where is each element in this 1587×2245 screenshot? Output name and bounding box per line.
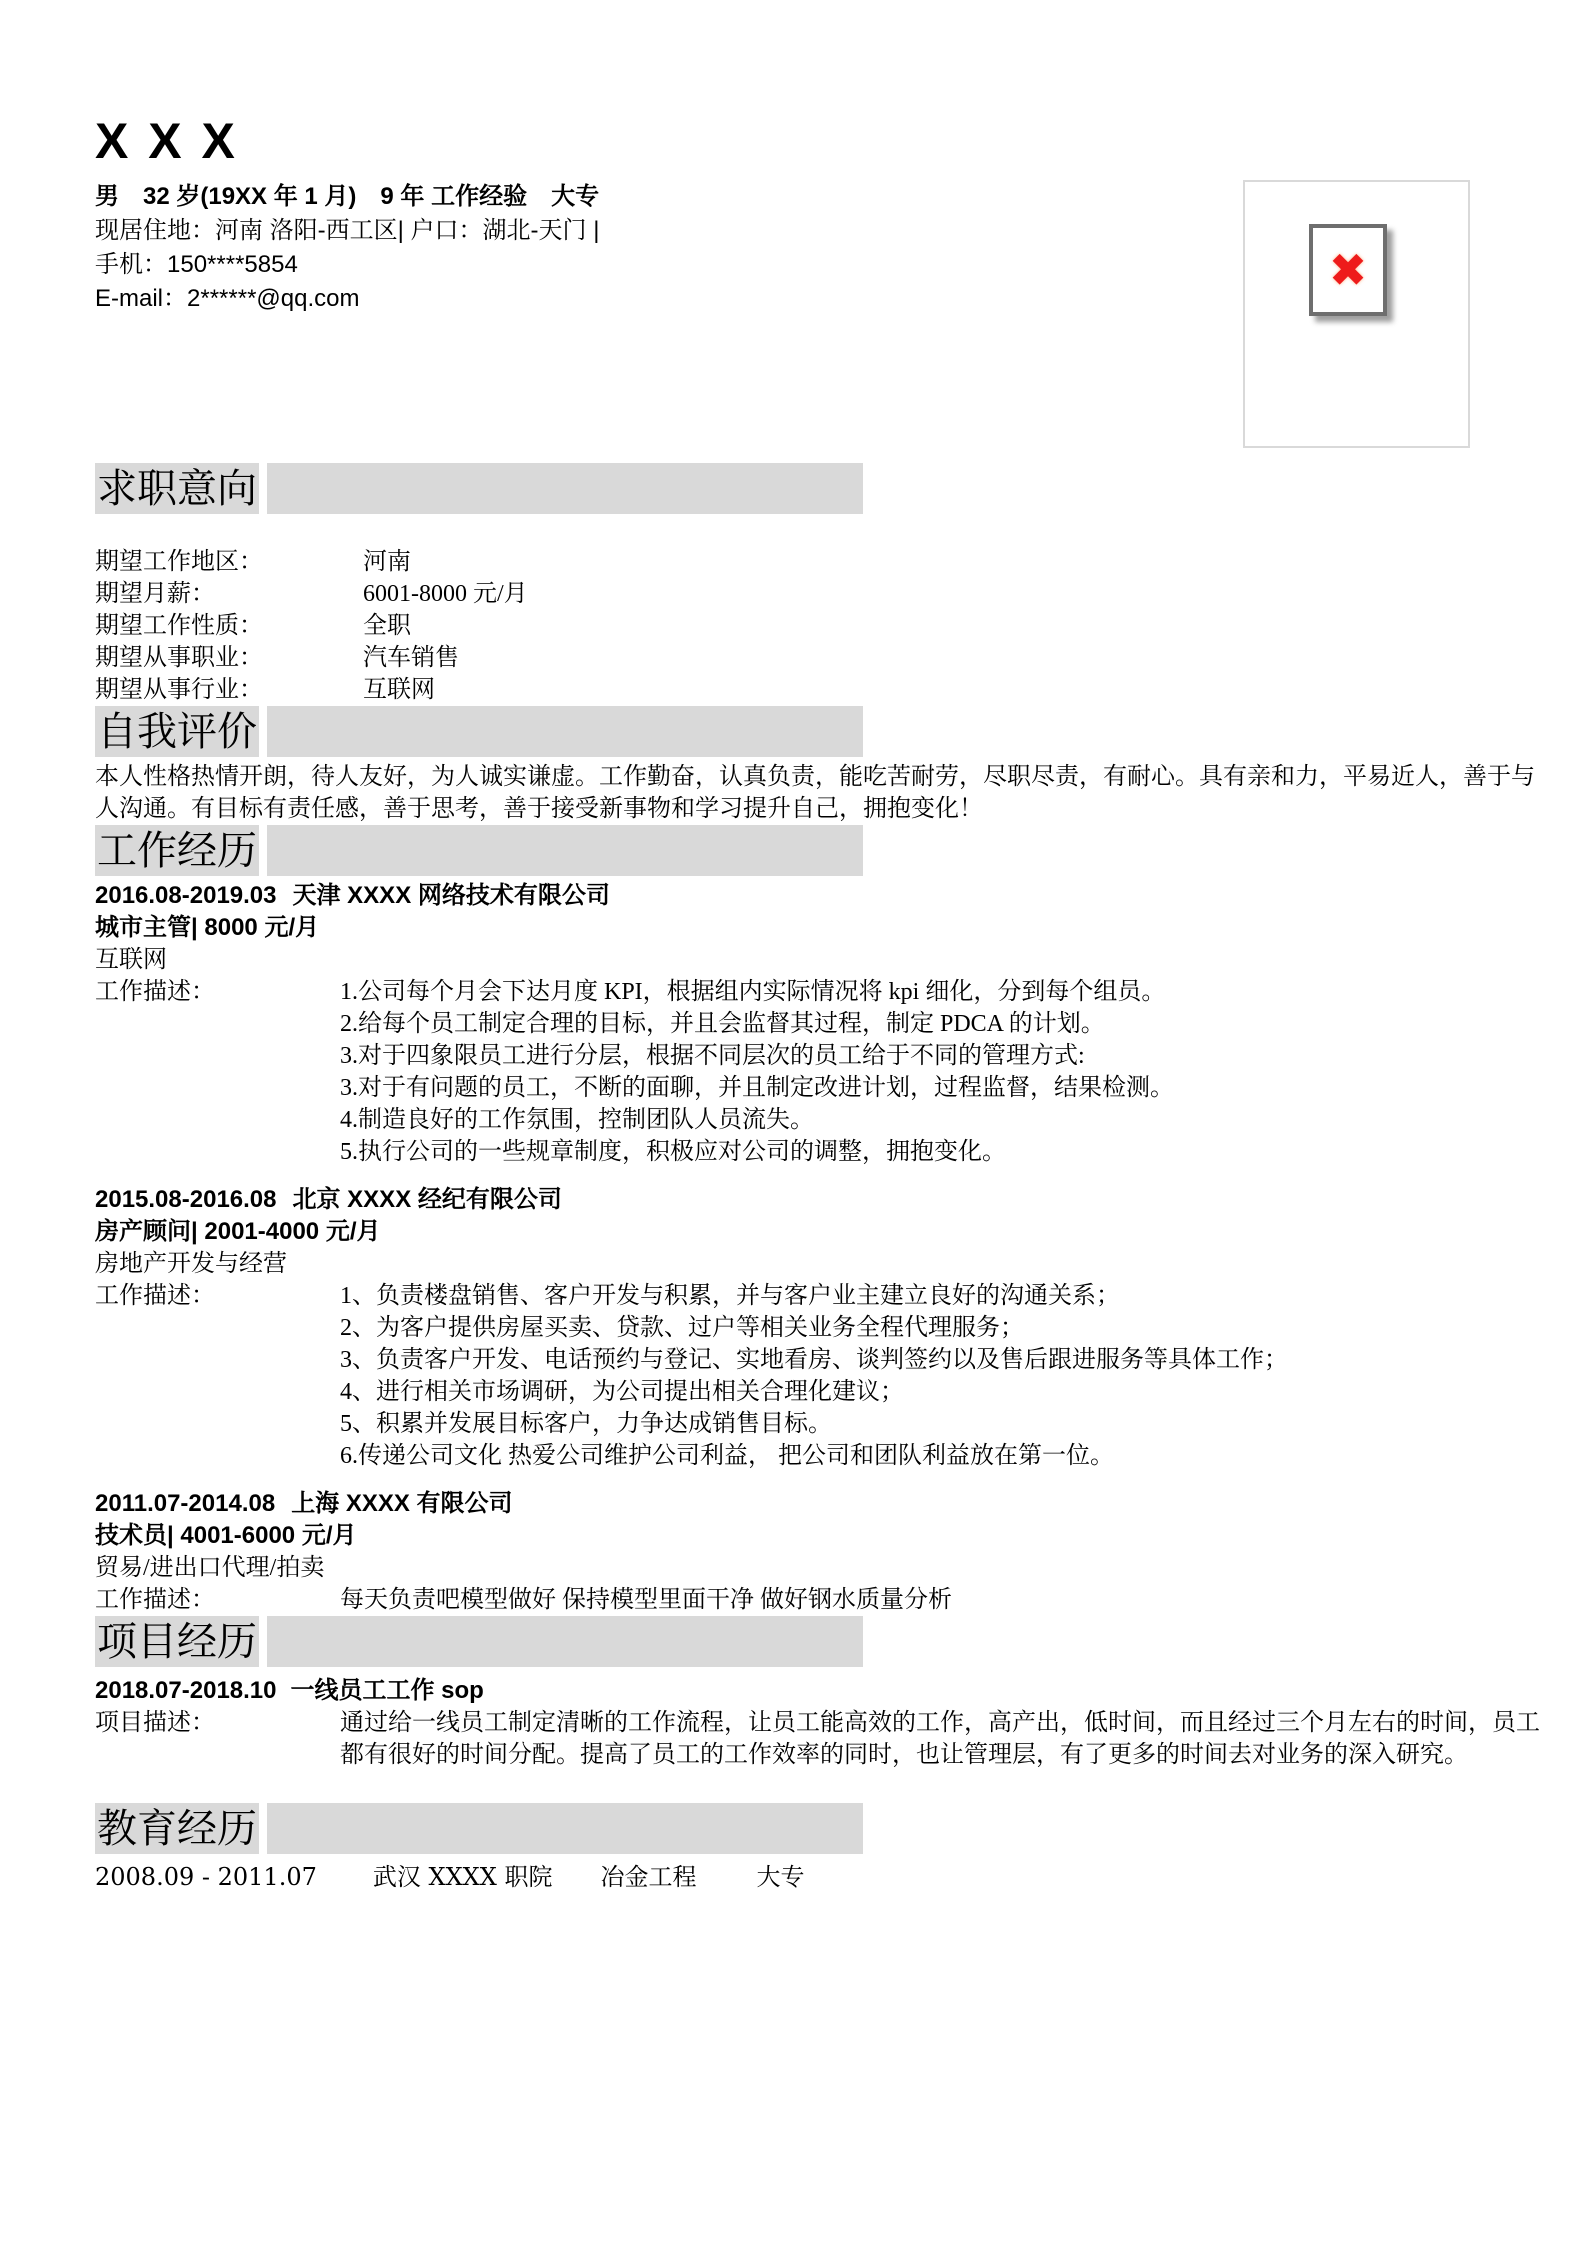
job-description-item: 4.制造良好的工作氛围，控制团队人员流失。 xyxy=(340,1104,1540,1136)
intent-label: 期望工作地区： xyxy=(95,546,363,578)
job-industry: 房地产开发与经营 xyxy=(95,1248,1540,1280)
job-description-item: 6.传递公司文化 热爱公司维护公司利益， 把公司和团队利益放在第一位。 xyxy=(340,1440,1540,1472)
phone-line: 手机：150****5854 xyxy=(95,248,1540,282)
job-heading: 2011.07-2014.08上海 XXXX 有限公司 xyxy=(95,1488,1540,1520)
job-industry: 互联网 xyxy=(95,944,1540,976)
section-bar xyxy=(267,1616,863,1667)
job-position-salary: 房产顾问| 2001-4000 元/月 xyxy=(95,1216,1540,1248)
job-description-item: 1、负责楼盘销售、客户开发与积累，并与客户业主建立良好的沟通关系； xyxy=(340,1280,1540,1312)
job-description-row: 工作描述： 1.公司每个月会下达月度 KPI，根据组内实际情况将 kpi 细化，… xyxy=(95,976,1540,1168)
project-period: 2018.07-2018.10 xyxy=(95,1677,277,1704)
job-heading: 2016.08-2019.03天津 XXXX 网络技术有限公司 xyxy=(95,880,1540,912)
intent-row: 期望工作性质： 全职 xyxy=(95,610,1540,642)
residence-line: 现居住地：河南 洛阳-西工区| 户口：湖北-天门 | xyxy=(95,214,1540,248)
intent-label: 期望从事职业： xyxy=(95,642,363,674)
section-header-education: 教育经历 xyxy=(95,1803,1540,1854)
intent-value: 全职 xyxy=(363,610,411,642)
project-description-label: 项目描述： xyxy=(95,1707,340,1771)
job-period: 2011.07-2014.08 xyxy=(95,1490,275,1517)
email-value: 2******@qq.com xyxy=(187,285,359,312)
education-major: 冶金工程 xyxy=(600,1863,696,1891)
job-description-item: 3.对于有问题的员工，不断的面聊，并且制定改进计划，过程监督，结果检测。 xyxy=(340,1072,1540,1104)
section-header-work-experience: 工作经历 xyxy=(95,825,1540,876)
job-description-items: 1.公司每个月会下达月度 KPI，根据组内实际情况将 kpi 细化，分到每个组员… xyxy=(340,976,1540,1168)
education-entry: 2008.09 - 2011.07武汉 XXXX 职院冶金工程大专 xyxy=(95,1862,1540,1892)
section-bar xyxy=(267,825,863,876)
section-header-project-experience: 项目经历 xyxy=(95,1616,1540,1667)
project-description-text: 通过给一线员工制定清晰的工作流程，让员工能高效的工作，高产出，低时间，而且经过三… xyxy=(340,1707,1540,1771)
intent-row: 期望工作地区： 河南 xyxy=(95,546,1540,578)
job-period: 2016.08-2019.03 xyxy=(95,882,277,909)
intent-value: 6001-8000 元/月 xyxy=(363,578,528,610)
job-company: 北京 XXXX 经纪有限公司 xyxy=(293,1186,562,1213)
project-heading: 2018.07-2018.10一线员工工作 sop xyxy=(95,1675,1540,1707)
project-name: 一线员工工作 sop xyxy=(291,1677,484,1704)
education-degree: 大专 xyxy=(756,1863,804,1891)
job-position-salary: 城市主管| 8000 元/月 xyxy=(95,912,1540,944)
email-line: E-mail：2******@qq.com xyxy=(95,282,1540,316)
job-description-item: 2、为客户提供房屋买卖、贷款、过户等相关业务全程代理服务； xyxy=(340,1312,1540,1344)
section-bar xyxy=(267,706,863,757)
contact-block: 男 32 岁(19XX 年 1 月) 9 年 工作经验 大专 现居住地：河南 洛… xyxy=(95,180,1540,316)
job-entry: 2011.07-2014.08上海 XXXX 有限公司 技术员| 4001-60… xyxy=(95,1488,1540,1616)
candidate-name: X X X xyxy=(95,112,1540,170)
job-description-label: 工作描述： xyxy=(95,976,340,1168)
resume-content: X X X 男 32 岁(19XX 年 1 月) 9 年 工作经验 大专 现居住… xyxy=(0,0,1587,2245)
section-title-self-evaluation: 自我评价 xyxy=(95,706,259,757)
section-title-project-experience: 项目经历 xyxy=(95,1616,259,1667)
job-description-item: 3.对于四象限员工进行分层，根据不同层次的员工给于不同的管理方式: xyxy=(340,1040,1540,1072)
job-entry: 2016.08-2019.03天津 XXXX 网络技术有限公司 城市主管| 80… xyxy=(95,880,1540,1168)
intent-row: 期望从事行业： 互联网 xyxy=(95,674,1540,706)
job-description-label: 工作描述： xyxy=(95,1280,340,1472)
self-evaluation-text: 本人性格热情开朗，待人友好，为人诚实谦虚。工作勤奋，认真负责，能吃苦耐劳，尽职尽… xyxy=(95,761,1540,825)
section-title-education: 教育经历 xyxy=(95,1803,259,1854)
job-intent-list: 期望工作地区： 河南 期望月薪： 6001-8000 元/月 期望工作性质： 全… xyxy=(95,546,1540,706)
job-company: 天津 XXXX 网络技术有限公司 xyxy=(293,882,610,909)
job-period: 2015.08-2016.08 xyxy=(95,1186,277,1213)
section-bar xyxy=(267,1803,863,1854)
resume-page: ✖ X X X 男 32 岁(19XX 年 1 月) 9 年 工作经验 大专 现… xyxy=(0,0,1587,2245)
job-description-items: 每天负责吧模型做好 保持模型里面干净 做好钢水质量分析 xyxy=(340,1584,1540,1616)
education-period: 2008.09 - 2011.07 xyxy=(95,1863,317,1891)
job-description-label: 工作描述： xyxy=(95,1584,340,1616)
job-industry: 贸易/进出口代理/拍卖 xyxy=(95,1552,1540,1584)
job-entry: 2015.08-2016.08北京 XXXX 经纪有限公司 房产顾问| 2001… xyxy=(95,1184,1540,1472)
phone-value: 150****5854 xyxy=(167,251,298,278)
job-description-item: 2.给每个员工制定合理的目标，并且会监督其过程，制定 PDCA 的计划。 xyxy=(340,1008,1540,1040)
summary-line: 男 32 岁(19XX 年 1 月) 9 年 工作经验 大专 xyxy=(95,180,1540,214)
job-description-row: 工作描述： 1、负责楼盘销售、客户开发与积累，并与客户业主建立良好的沟通关系； … xyxy=(95,1280,1540,1472)
job-heading: 2015.08-2016.08北京 XXXX 经纪有限公司 xyxy=(95,1184,1540,1216)
job-description-item: 5、积累并发展目标客户，力争达成销售目标。 xyxy=(340,1408,1540,1440)
job-description-items: 1、负责楼盘销售、客户开发与积累，并与客户业主建立良好的沟通关系； 2、为客户提… xyxy=(340,1280,1540,1472)
intent-label: 期望工作性质： xyxy=(95,610,363,642)
intent-label: 期望从事行业： xyxy=(95,674,363,706)
section-title-work-experience: 工作经历 xyxy=(95,825,259,876)
job-description-item: 5.执行公司的一些规章制度，积极应对公司的调整，拥抱变化。 xyxy=(340,1136,1540,1168)
job-position-salary: 技术员| 4001-6000 元/月 xyxy=(95,1520,1540,1552)
intent-label: 期望月薪： xyxy=(95,578,363,610)
job-company: 上海 XXXX 有限公司 xyxy=(291,1490,512,1517)
phone-label: 手机： xyxy=(95,251,167,278)
job-description-item: 每天负责吧模型做好 保持模型里面干净 做好钢水质量分析 xyxy=(340,1584,1540,1616)
job-description-item: 3、负责客户开发、电话预约与登记、实地看房、谈判签约以及售后跟进服务等具体工作； xyxy=(340,1344,1540,1376)
job-description-item: 1.公司每个月会下达月度 KPI，根据组内实际情况将 kpi 细化，分到每个组员… xyxy=(340,976,1540,1008)
education-school: 武汉 XXXX 职院 xyxy=(373,1863,553,1891)
intent-value: 河南 xyxy=(363,546,411,578)
project-description-row: 项目描述： 通过给一线员工制定清晰的工作流程，让员工能高效的工作，高产出，低时间… xyxy=(95,1707,1540,1771)
email-label: E-mail： xyxy=(95,285,187,312)
section-bar xyxy=(267,463,863,514)
job-description-row: 工作描述： 每天负责吧模型做好 保持模型里面干净 做好钢水质量分析 xyxy=(95,1584,1540,1616)
intent-value: 互联网 xyxy=(363,674,435,706)
section-header-job-intent: 求职意向 xyxy=(95,463,1540,514)
section-header-self-evaluation: 自我评价 xyxy=(95,706,1540,757)
intent-value: 汽车销售 xyxy=(363,642,459,674)
intent-row: 期望月薪： 6001-8000 元/月 xyxy=(95,578,1540,610)
section-title-job-intent: 求职意向 xyxy=(95,463,259,514)
job-description-item: 4、进行相关市场调研，为公司提出相关合理化建议； xyxy=(340,1376,1540,1408)
intent-row: 期望从事职业： 汽车销售 xyxy=(95,642,1540,674)
